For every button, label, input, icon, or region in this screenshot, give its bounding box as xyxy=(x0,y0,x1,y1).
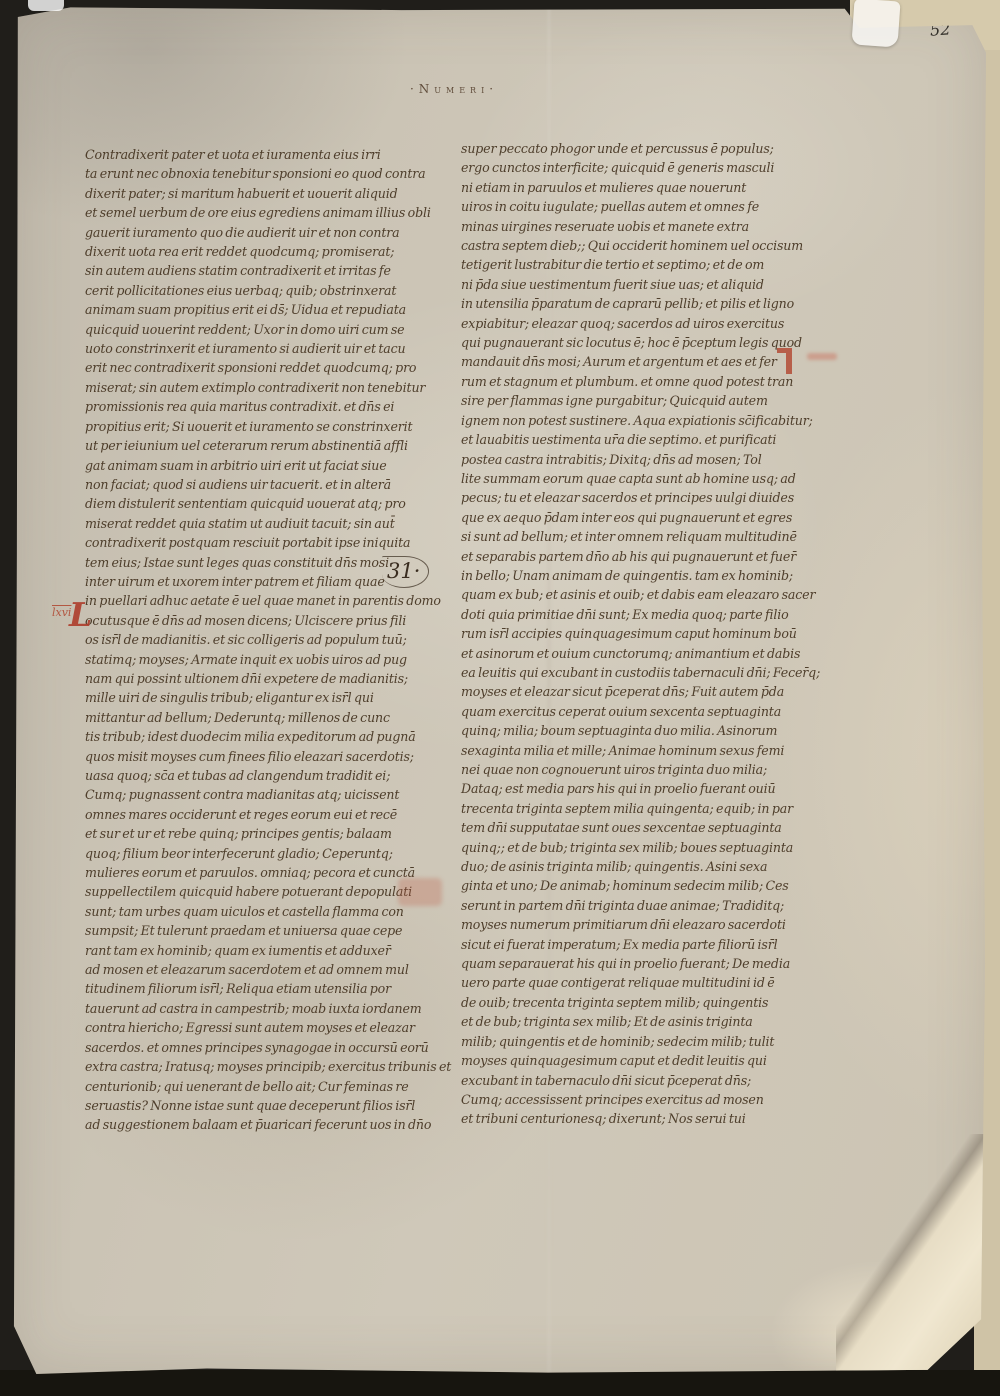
text-line: duo; de asinis triginta milib; quingenti… xyxy=(461,857,813,876)
rubric-paragraph-mark-icon xyxy=(786,348,792,374)
text-line: rant tam ex hominib; quam ex iumentis et… xyxy=(85,941,449,960)
text-line: contra hiericho; Egressi sunt autem moys… xyxy=(85,1018,449,1037)
text-line: que ex aequo p̄dam inter eos qui pugnaue… xyxy=(461,508,813,527)
text-line: quicquid uouerint reddent; Uxor in domo … xyxy=(85,320,449,339)
text-line: et sur et ur et rebe quinq; principes ge… xyxy=(85,824,449,843)
faded-rubric-smudge-right-margin xyxy=(807,353,837,360)
text-line: quam separauerat his qui in proelio fuer… xyxy=(461,954,813,973)
text-line: animam suam propitius erit ei ds̄; Uidua… xyxy=(85,300,449,319)
text-line: ad mosen et eleazarum sacerdotem et ad o… xyxy=(85,960,449,979)
text-line: uero parte quae contigerat reliquae mult… xyxy=(461,973,813,992)
text-line: seruastis? Nonne istae sunt quae deceper… xyxy=(85,1096,449,1115)
text-line: quinq;; et de bub; triginta sex milib; b… xyxy=(461,838,813,857)
text-line: sicut ei fuerat imperatum; Ex media part… xyxy=(461,935,813,954)
text-line: tetigerit lustrabitur die tertio et sept… xyxy=(461,255,813,274)
text-line: ni etiam in paruulos et mulieres quae no… xyxy=(461,178,813,197)
page-corner-curl xyxy=(836,1134,986,1374)
text-line: Contradixerit pater et uota et iuramenta… xyxy=(85,145,449,164)
backdrop-bottom-shadow xyxy=(0,1370,1000,1396)
text-line: ni p̄da siue uestimentum fuerit siue uas… xyxy=(461,275,813,294)
parchment-page: ·Numeri· 52 Contradixerit pater et uota … xyxy=(12,6,986,1374)
text-line: mulieres eorum et paruulos. omniaq; peco… xyxy=(85,863,449,882)
text-line: ad suggestionem balaam et p̄uaricari fec… xyxy=(85,1115,449,1134)
text-column-left: Contradixerit pater et uota et iuramenta… xyxy=(85,145,449,1135)
text-line: et de bub; triginta sex milib; Et de asi… xyxy=(461,1012,813,1031)
text-line: uoto constrinxerit et iuramento si audie… xyxy=(85,339,449,358)
text-line: dixerit pater; si maritum habuerit et uo… xyxy=(85,184,449,203)
text-line: non faciat; quod si audiens uir tacuerit… xyxy=(85,475,449,494)
text-line: sunt; tam urbes quam uiculos et castella… xyxy=(85,902,449,921)
text-line: promissionis rea quia maritus contradixi… xyxy=(85,397,449,416)
text-line: ergo cunctos interficite; quicquid ē gen… xyxy=(461,158,813,177)
text-line: rum et stagnum et plumbum. et omne quod … xyxy=(461,372,813,391)
text-line: lite summam eorum quae capta sunt ab hom… xyxy=(461,469,813,488)
text-line: ea leuitis qui excubant in custodiis tab… xyxy=(461,663,813,682)
text-line: excubant in tabernaculo dn̄i sicut p̄cep… xyxy=(461,1071,813,1090)
text-line: tem dn̄i supputatae sunt oues sexcentae … xyxy=(461,818,813,837)
text-line: quinq; milia; boum septuaginta duo milia… xyxy=(461,721,813,740)
text-line: propitius erit; Si uouerit et iuramento … xyxy=(85,417,449,436)
text-line: serunt in partem dn̄i triginta duae anim… xyxy=(461,896,813,915)
text-line: et separabis partem dn̄o ab his qui pugn… xyxy=(461,547,813,566)
text-line: erit nec contradixerit sponsioni reddet … xyxy=(85,358,449,377)
text-line: trecenta triginta septem milia quingenta… xyxy=(461,799,813,818)
text-line: quam exercitus ceperat ouium sexcenta se… xyxy=(461,702,813,721)
text-line: ignem non potest sustinere. Aqua expiati… xyxy=(461,411,813,430)
text-line: contradixerit postquam resciuit portabit… xyxy=(85,533,449,552)
text-line: in bello; Unam animam de quingentis. tam… xyxy=(461,566,813,585)
text-line: diem distulerit sententiam quicquid uoue… xyxy=(85,494,449,513)
text-line: et tribuni centurionesq; dixerunt; Nos s… xyxy=(461,1109,813,1128)
page-holder-tab xyxy=(851,0,900,48)
text-column-right: super peccato phogor unde et percussus ē… xyxy=(461,139,813,1129)
manuscript-photograph: ·Numeri· 52 Contradixerit pater et uota … xyxy=(0,0,1000,1396)
text-line: statimq; moyses; Armate inquit ex uobis … xyxy=(85,650,449,669)
text-line: sin autem audiens statim contradixerit e… xyxy=(85,261,449,280)
text-line: minas uirgines reseruate uobis et manete… xyxy=(461,217,813,236)
text-line: miserat reddet quia statim ut audiuit ta… xyxy=(85,514,449,533)
text-line: milib; quingentis et de hominib; sedecim… xyxy=(461,1032,813,1051)
text-line: moyses quinquagesimum caput et dedit leu… xyxy=(461,1051,813,1070)
text-line: uasa quoq; sc̄a et tubas ad clangendum t… xyxy=(85,766,449,785)
text-line: Cumq; pugnassent contra madianitas atq; … xyxy=(85,785,449,804)
text-line: pecus; tu et eleazar sacerdos et princip… xyxy=(461,488,813,507)
text-line: tauerunt ad castra in campestrib; moab i… xyxy=(85,999,449,1018)
text-line: postea castra intrabitis; Dixitq; dn̄s a… xyxy=(461,450,813,469)
text-line: cerit pollicitationes eius uerbaq; quib;… xyxy=(85,281,449,300)
text-line: expiabitur; eleazar quoq; sacerdos ad ui… xyxy=(461,314,813,333)
text-line: omnes mares occiderunt et reges eorum eu… xyxy=(85,805,449,824)
page-holder-tab-left xyxy=(28,0,64,11)
text-line: centurionib; qui uenerant de bello ait; … xyxy=(85,1077,449,1096)
text-line: qui pugnauerant sic locutus ē; hoc ē p̄c… xyxy=(461,333,813,352)
text-line: gauerit iuramento quo die audierit uir e… xyxy=(85,223,449,242)
text-line: gat animam suam in arbitrio uiri erit ut… xyxy=(85,456,449,475)
text-line: super peccato phogor unde et percussus ē… xyxy=(461,139,813,158)
text-line: mille uiri de singulis tribub; eligantur… xyxy=(85,688,449,707)
text-line: ut per ieiunium uel ceterarum rerum abst… xyxy=(85,436,449,455)
text-line: castra septem dieb;; Qui occiderit homin… xyxy=(461,236,813,255)
text-line: Cumq; accessissent principes exercitus a… xyxy=(461,1090,813,1109)
text-line: de ouib; trecenta triginta septem milib;… xyxy=(461,993,813,1012)
text-line: sumpsit; Et tulerunt praedam et uniuersa… xyxy=(85,921,449,940)
text-line: tis tribub; idest duodecim milia expedit… xyxy=(85,727,449,746)
text-line: moyses numerum primitiarum dn̄i eleazaro… xyxy=(461,915,813,934)
text-line: titudinem filiorum isr̄l; Reliqua etiam … xyxy=(85,979,449,998)
text-line: sexaginta milia et mille; Animae hominum… xyxy=(461,741,813,760)
text-line: mandauit dn̄s mosi; Aurum et argentum et… xyxy=(461,352,813,371)
text-line: Dataq; est media pars his qui in proelio… xyxy=(461,779,813,798)
text-line: ginta et uno; De animab; hominum sedecim… xyxy=(461,876,813,895)
text-line: suppellectilem quicquid habere potuerant… xyxy=(85,882,449,901)
text-line: mittantur ad bellum; Dederuntq; millenos… xyxy=(85,708,449,727)
text-line: in utensilia p̄paratum de caprarū pellib… xyxy=(461,294,813,313)
running-title: ·Numeri· xyxy=(384,82,524,96)
text-line: moyses et eleazar sicut p̄ceperat dn̄s; … xyxy=(461,682,813,701)
text-line: rum isr̄l accipies quinquagesimum caput … xyxy=(461,624,813,643)
text-line: ta erunt nec obnoxia tenebitur sponsioni… xyxy=(85,164,449,183)
text-line: miserat; sin autem extimplo contradixeri… xyxy=(85,378,449,397)
text-line: quam ex bub; et asinis et ouib; et dabis… xyxy=(461,585,813,604)
text-line: os isr̄l de madianitis. et sic colligeri… xyxy=(85,630,449,649)
text-line: et semel uerbum de ore eius egrediens an… xyxy=(85,203,449,222)
faded-rubric-smudge-gutter xyxy=(398,878,442,906)
text-line: nei quae non cognouerunt uiros triginta … xyxy=(461,760,813,779)
text-line: dixerit uota rea erit reddet quodcumq; p… xyxy=(85,242,449,261)
text-line: si sunt ad bellum; et inter omnem reliqu… xyxy=(461,527,813,546)
text-line: doti quia primitiae dn̄i sunt; Ex media … xyxy=(461,605,813,624)
text-line: uiros in coitu iugulate; puellas autem e… xyxy=(461,197,813,216)
text-line: extra castra; Iratusq; moyses principib;… xyxy=(85,1057,449,1076)
text-line: in puellari adhuc aetate ē uel quae mane… xyxy=(85,591,449,610)
text-line: nam qui possint ultionem dn̄i expetere d… xyxy=(85,669,449,688)
text-line: et lauabitis uestimenta ur̄a die septimo… xyxy=(461,430,813,449)
text-line: et asinorum et ouium cunctorumq; animant… xyxy=(461,644,813,663)
text-line: sacerdos. et omnes principes synagogae i… xyxy=(85,1038,449,1057)
text-line: quoq; filium beor interfecerunt gladio; … xyxy=(85,844,449,863)
text-line: sire per flammas igne purgabitur; Quicqu… xyxy=(461,391,813,410)
rubric-initial-letter: L xyxy=(69,598,92,631)
text-line: quos misit moyses cum finees filio eleaz… xyxy=(85,747,449,766)
text-line: ocutusque ē dn̄s ad mosen dicens; Ulcisc… xyxy=(85,611,449,630)
